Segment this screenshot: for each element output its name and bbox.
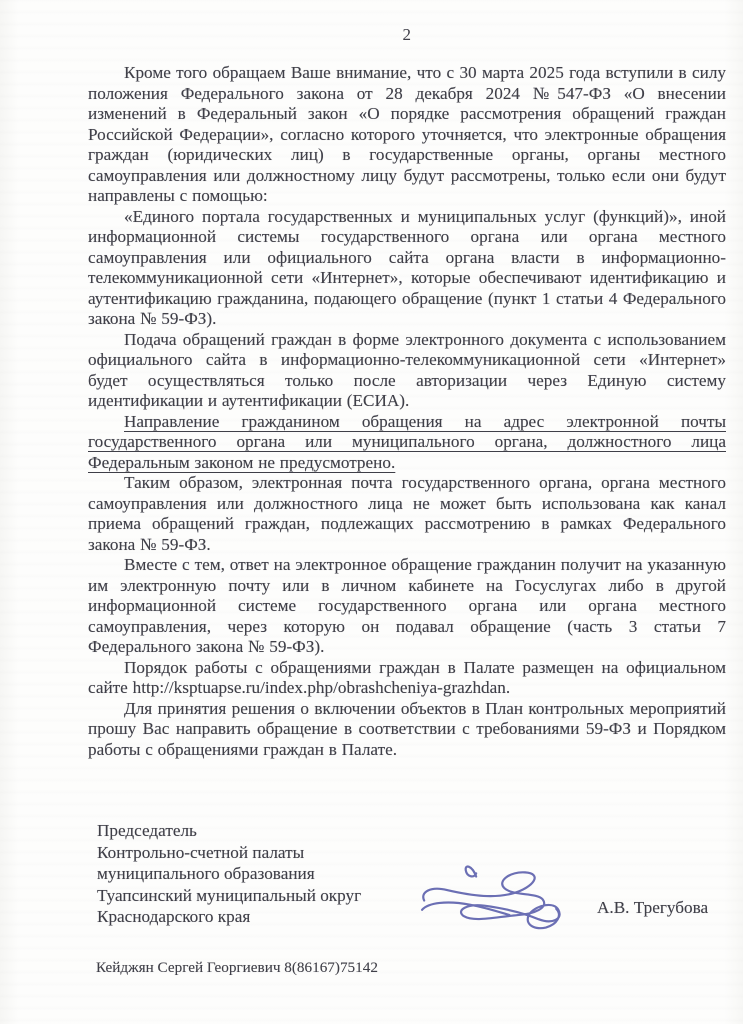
position-line-chamber: Контрольно-счетной палаты	[97, 842, 427, 864]
handwritten-signature-icon	[420, 862, 576, 940]
letter-body: Кроме того обращаем Ваше внимание, что с…	[88, 63, 726, 760]
paragraph-email-not-provided: Направление гражданином обращения на адр…	[88, 412, 726, 474]
position-line-region: Краснодарского края	[97, 906, 427, 928]
paragraph-request-instruction: Для принятия решения о включении объекто…	[88, 699, 726, 761]
signatory-name: А.В. Трегубова	[597, 898, 708, 918]
paragraph-gosuslugi-portal-list: «Единого портала государственных и муниц…	[88, 207, 726, 330]
paragraph-response-delivery: Вместе с тем, ответ на электронное обращ…	[88, 555, 726, 658]
page-number: 2	[88, 25, 726, 45]
signatory-position-block: Председатель Контрольно-счетной палаты м…	[97, 820, 427, 928]
paragraph-palata-procedure-site: Порядок работы с обращениями граждан в П…	[88, 658, 726, 699]
executor-contact-line: Кейджян Сергей Георгиевич 8(86167)75142	[96, 959, 378, 977]
position-line-municipality: муниципального образования	[97, 863, 427, 885]
paragraph-esia-authorization: Подача обращений граждан в форме электро…	[88, 330, 726, 412]
position-line-chairman: Председатель	[97, 820, 427, 842]
position-line-district: Туапсинский муниципальный округ	[97, 885, 427, 907]
scanned-letter-page: 2 Кроме того обращаем Ваше внимание, что…	[0, 0, 743, 1024]
paragraph-federal-law-547-intro: Кроме того обращаем Ваше внимание, что с…	[88, 63, 726, 207]
paragraph-email-not-a-channel: Таким образом, электронная почта государ…	[88, 473, 726, 555]
